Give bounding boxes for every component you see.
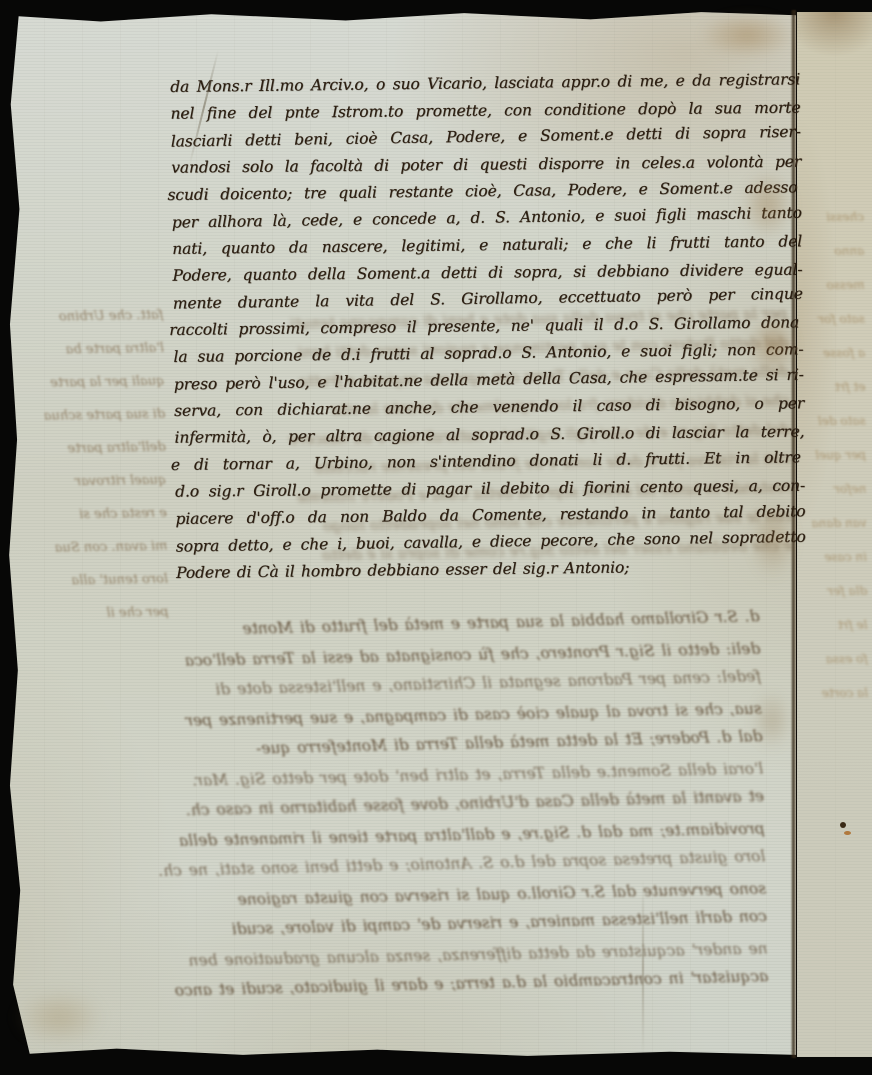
manuscript-photo: per la parte che si trova della sua dote… — [0, 0, 872, 1075]
next-page-edge — [797, 12, 872, 1057]
laid-paper-texture — [797, 12, 872, 1057]
ink-speck — [840, 822, 846, 828]
fold-crease — [642, 880, 644, 1055]
ink-speck — [844, 831, 851, 835]
manuscript-text-block: da Mons.r Ill.mo Arciv.o, o suo Vicario,… — [170, 66, 806, 587]
